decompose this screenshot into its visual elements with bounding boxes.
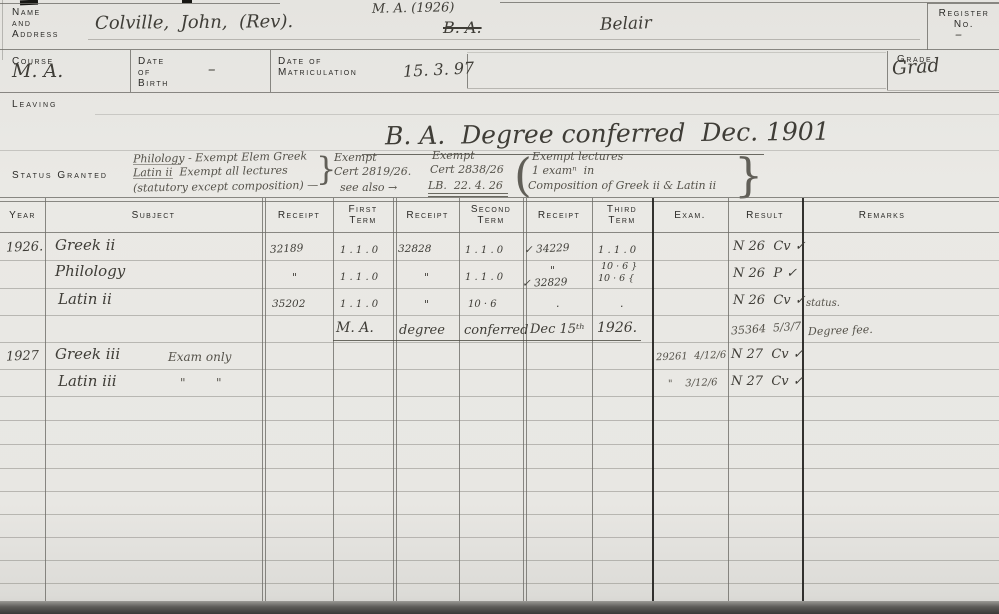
name-struck-ba: B. A. [443,20,482,37]
grade-box-border [887,90,999,91]
col-line [523,198,524,602]
row5-note: Exam only [168,351,231,364]
col-header-result: Result [728,210,802,221]
grade-value: Grad [891,56,940,79]
row2-receipt3-ditto: " [550,265,555,277]
col-header-receipt2: Receipt [396,210,459,221]
row-line [0,560,999,561]
register-box-border [927,3,928,50]
row3-term3: · [620,301,624,313]
row2-term3a: 10 · 6 } [601,262,637,272]
col-line [592,198,593,602]
row5-exam: 29261 4/12/6 [656,351,727,364]
row3-result: N 26 Cv ✓ [733,294,806,308]
row3-subject: Latin ii [58,292,112,308]
rule-line [0,150,999,151]
col-line [45,198,46,602]
table-top-line [0,201,999,202]
row3-receipt1: 35202 [272,299,305,310]
course-value: M. A. [12,62,63,82]
rule-line [0,92,999,93]
dob-label-line1: Date [138,56,165,67]
row5-year: 1927 [6,349,40,364]
degree-row-underline [333,340,641,341]
degree-row-result: 35364 5/3/7 [731,321,802,337]
status-underline [133,178,173,179]
col-line [459,198,460,602]
row2-receipt2: " [424,272,429,284]
status-col4-line3: Composition of Greek ii & Latin ii [528,180,716,192]
register-box-border [927,3,999,4]
row6-subject: Latin iii [58,374,117,390]
table-header-bottom-line [0,232,999,233]
status-col4-line2: 1 examⁿ in [532,165,594,177]
degree-row-date: Dec 15ᵗʰ [530,323,585,337]
row1-year: 1926. [6,240,44,255]
rule-line [467,52,886,53]
degree-row-remarks: Degree fee. [808,324,873,338]
row3-receipt3: · [556,301,560,313]
leaving-writing-line [95,114,999,115]
row2-term3b: 10 · 6 { [598,274,634,284]
row-line [0,537,999,538]
rule-line [0,3,280,4]
status-col3-line1: Exempt [432,150,475,162]
status-col2-line2: Cert 2819/26. [334,166,411,178]
row3-remarks: status. [806,299,840,310]
col-line [526,198,527,602]
row-line [0,288,999,289]
dob-label-line3: Birth [138,78,169,89]
status-col1-line2: Latin ii Exempt all lectures [133,165,288,179]
scan-bottom-edge [0,601,999,614]
name-label-line1: Name [12,7,41,18]
table-top-line [0,197,999,198]
name-value: Colville, John, (Rev). [95,13,293,34]
row-line [0,315,999,316]
col-header-remarks: Remarks [802,210,962,221]
status-granted-label: Status Granted [12,170,108,181]
row-line [0,444,999,445]
name-label-line2: and [12,18,32,29]
col-line-heavy [652,198,654,602]
row6-exam: " 3/12/6 [668,378,718,390]
col-header-year: Year [0,210,45,221]
col-header-first-term: First Term [333,204,393,226]
col-header-exam: Exam. [652,210,728,221]
row1-receipt1: 32189 [270,243,304,256]
row2-subject: Philology [55,264,125,280]
col-line [396,198,397,602]
name-ma-annotation: M. A. (1926) [372,1,455,16]
col-header-subject: Subject [45,210,262,221]
row1-term2: 1 . 1 . 0 [465,246,503,257]
status-col1-line3: (statutory except composition) — [133,179,318,194]
matric-label-line2: Matriculation [278,67,357,78]
status-col3-line2: Cert 2838/26 [430,164,504,176]
col-line [265,198,266,602]
rule-line [0,49,999,50]
grade-box-border [887,51,888,90]
col-line [262,198,263,602]
dob-value: – [208,62,216,78]
row5-result: N 27 Cv ✓ [731,348,804,362]
status-col3-line3: LB. 22. 4. 26 [428,180,503,192]
matric-value: 15. 3. 97 [403,60,475,81]
row2-term2: 1 . 1 . 0 [465,273,503,284]
dob-label-line2: of [138,67,151,78]
degree-conferred-note: B. A. Degree conferred Dec. 1901 [385,119,830,150]
row2-term1: 1 . 1 . 0 [340,273,378,284]
matric-label-line1: Date of [278,56,322,67]
card-edge [2,0,3,60]
address-value: Belair [600,15,652,35]
row-line [0,420,999,421]
col-line [393,198,394,602]
status-brace: } [734,148,763,202]
name-label-line3: Address [12,29,59,40]
status-date-underline [428,193,508,194]
col-header-third-term: Third Term [592,204,652,226]
status-col2-line3: see also → [340,182,397,194]
row6-note: " " [180,377,222,390]
status-col2-line1: Exempt [334,152,377,164]
row-line [0,369,999,370]
col-line-heavy [802,198,804,602]
row3-term2: 10 · 6 [468,300,497,311]
row2-receipt1: " [292,272,297,284]
row1-receipt3: ✓ 34229 [524,243,570,256]
status-brace: ( [514,148,532,202]
row5-subject: Greek iii [55,347,120,363]
degree-row-ma: M. A. [336,321,374,336]
col-header-receipt3: Receipt [526,210,592,221]
column-divider [270,50,271,92]
row-line [0,260,999,261]
degree-row-degree: degree [399,324,445,338]
row1-term1: 1 . 1 . 0 [340,246,378,257]
name-writing-line [88,39,920,40]
column-divider [130,50,131,92]
register-label-line1: Register [932,8,996,19]
row-line [0,396,999,397]
status-col4-line1: Exempt lectures [532,151,623,163]
col-line [333,198,334,602]
rule-line [467,88,886,89]
row-line [0,514,999,515]
student-record-card: Name and Address Register No. Course Dat… [0,0,999,614]
row-line [0,468,999,469]
row2-receipt3: ✓ 32829 [522,277,568,290]
leaving-label: Leaving [12,99,58,110]
row3-receipt2: " [424,299,429,311]
col-header-second-term: Second Term [459,204,523,226]
col-line [728,198,729,602]
row1-subject: Greek ii [55,238,115,254]
rule-line [500,2,999,3]
row-line [0,583,999,584]
status-underline [133,164,181,165]
row1-term3: 1 . 1 . 0 [598,246,636,257]
row2-result: N 26 P ✓ [733,267,797,281]
register-no-value: – [955,28,962,43]
register-label-line2: No. [932,19,996,30]
row1-receipt2: 32828 [398,244,431,255]
degree-row-year: 1926. [597,321,637,336]
row1-result: N 26 Cv ✓ [733,240,806,254]
row6-result: N 27 Cv ✓ [731,375,804,389]
row-line [0,491,999,492]
row-line [0,342,999,343]
degree-row-conferred: conferred [464,324,528,338]
row3-term1: 1 . 1 . 0 [340,300,378,311]
col-header-receipt1: Receipt [265,210,333,221]
